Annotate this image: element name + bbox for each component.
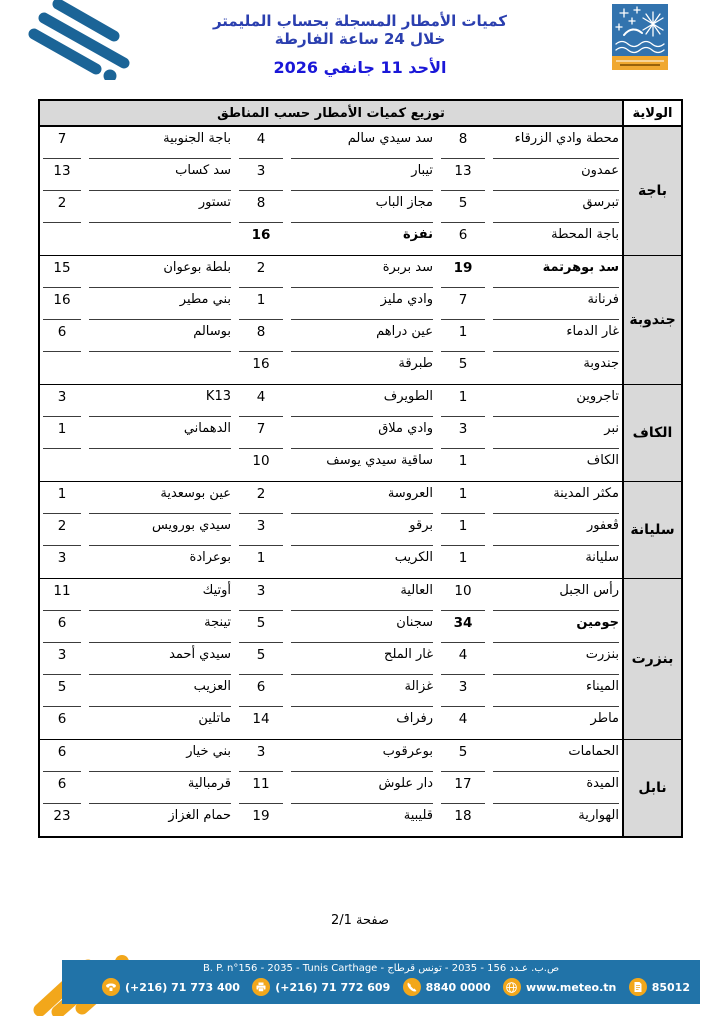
station-value-cell: 19 <box>441 256 485 288</box>
logo-orange-band <box>612 56 668 70</box>
station-value-cell: 3 <box>239 579 283 611</box>
station-name-cell: مكثر المدينة <box>493 482 619 514</box>
station-name-cell: الكاف <box>493 449 619 481</box>
contact-text: www.meteo.tn <box>526 981 616 994</box>
station-name-cell: قليبية <box>291 804 433 836</box>
footer-address-ar: ص.ب. عـدد 156 - 2035 - تونس قرطاج <box>387 963 559 974</box>
station-value-cell: 1 <box>441 449 485 481</box>
station-value-cell: 1 <box>441 546 485 578</box>
station-value-cell <box>43 223 81 255</box>
contact-text: 8840 0000 <box>426 981 491 994</box>
station-value-cell <box>43 352 81 384</box>
table-row: جومين34سجنان5تينجة6 <box>40 611 622 643</box>
station-value-cell: 6 <box>43 707 81 739</box>
station-value-cell: 15 <box>43 256 81 288</box>
document-icon <box>629 978 647 996</box>
table-header-regions: توزيع كميات الأمطار حسب المناطق <box>40 101 622 125</box>
wilaya-block: جندوبةسد بوهرتمة19سد بربرة2بلطة بوعوان15… <box>40 256 681 385</box>
station-value-cell: 2 <box>43 191 81 223</box>
contact-item: 8840 0000 <box>403 978 491 996</box>
table-row: باجة المحطة6نفزة16 <box>40 223 622 255</box>
station-value-cell: 10 <box>239 449 283 481</box>
station-value-cell: 14 <box>239 707 283 739</box>
station-name-cell: رفراف <box>291 707 433 739</box>
station-name-cell: وادي مليز <box>291 288 433 320</box>
station-name-cell: العالية <box>291 579 433 611</box>
footer-address: B. P. n°156 - 2035 - Tunis Carthage - ص.… <box>72 963 690 974</box>
station-value-cell: 2 <box>239 256 283 288</box>
wilaya-cell: بنزرت <box>622 579 681 739</box>
station-value-cell: 11 <box>43 579 81 611</box>
contact-text: 85012 <box>652 981 690 994</box>
station-value-cell: 1 <box>441 320 485 352</box>
table-row: الميدة17دار علوش11قرمبالية6 <box>40 772 622 804</box>
station-value-cell: 1 <box>43 482 81 514</box>
station-name-cell: العروسة <box>291 482 433 514</box>
station-name-cell: الميناء <box>493 675 619 707</box>
station-name-cell: جندوبة <box>493 352 619 384</box>
station-name-cell: برقو <box>291 514 433 546</box>
table-body: باجةمحطة وادي الزرقاء8سد سيدي سالم4باجة … <box>40 127 681 836</box>
station-name-cell: سجنان <box>291 611 433 643</box>
station-name-cell: ڤعفور <box>493 514 619 546</box>
station-name-cell: سد بربرة <box>291 256 433 288</box>
station-value-cell: 3 <box>441 675 485 707</box>
table-row: سد بوهرتمة19سد بربرة2بلطة بوعوان15 <box>40 256 622 288</box>
wilaya-cell: سليانة <box>622 482 681 578</box>
table-row: محطة وادي الزرقاء8سد سيدي سالم4باجة الجن… <box>40 127 622 159</box>
inm-logo <box>612 4 668 70</box>
station-value-cell: 6 <box>239 675 283 707</box>
table-row: نبر3وادي ملاق7الدهماني1 <box>40 417 622 449</box>
station-value-cell: 11 <box>239 772 283 804</box>
station-value-cell: 8 <box>441 127 485 159</box>
station-value-cell: 34 <box>441 611 485 643</box>
station-value-cell: 7 <box>43 127 81 159</box>
station-value-cell: 4 <box>441 707 485 739</box>
station-value-cell: 6 <box>43 740 81 772</box>
station-value-cell: 7 <box>441 288 485 320</box>
table-row: ڤعفور1برقو3سيدي بورويس2 <box>40 514 622 546</box>
station-name-cell: سد بوهرتمة <box>493 256 619 288</box>
station-value-cell: 8 <box>239 320 283 352</box>
station-name-cell: الهوارية <box>493 804 619 836</box>
station-value-cell: 6 <box>43 320 81 352</box>
station-name-cell: وادي ملاق <box>291 417 433 449</box>
fax-icon <box>252 978 270 996</box>
station-value-cell: 5 <box>441 352 485 384</box>
wilaya-rows: سد بوهرتمة19سد بربرة2بلطة بوعوان15فرنانة… <box>40 256 622 384</box>
station-name-cell: الميدة <box>493 772 619 804</box>
station-name-cell: طبرقة <box>291 352 433 384</box>
table-row: الهوارية18قليبية19حمام الغزاز23 <box>40 804 622 836</box>
station-value-cell: 3 <box>239 159 283 191</box>
footer-bar: B. P. n°156 - 2035 - Tunis Carthage - ص.… <box>62 960 700 1004</box>
station-name-cell: تاجروين <box>493 385 619 417</box>
station-name-cell: دار علوش <box>291 772 433 804</box>
station-name-cell: تبرسق <box>493 191 619 223</box>
contact-item: www.meteo.tn <box>503 978 616 996</box>
station-name-cell: ساقية سيدي يوسف <box>291 449 433 481</box>
wilaya-block: باجةمحطة وادي الزرقاء8سد سيدي سالم4باجة … <box>40 127 681 256</box>
station-name-cell: تينجة <box>89 611 231 643</box>
station-name-cell: سد كساب <box>89 159 231 191</box>
station-name-cell <box>89 223 231 255</box>
station-value-cell: 19 <box>239 804 283 836</box>
wilaya-cell: باجة <box>622 127 681 255</box>
station-value-cell: 13 <box>43 159 81 191</box>
station-value-cell: 1 <box>239 546 283 578</box>
station-name-cell: بوسالم <box>89 320 231 352</box>
wilaya-block: بنزرترأس الجبل10العالية3أوتيك11جومين34سج… <box>40 579 681 740</box>
table-row: جندوبة5طبرقة16 <box>40 352 622 384</box>
station-value-cell: 16 <box>239 352 283 384</box>
station-name-cell: باجة المحطة <box>493 223 619 255</box>
globe-icon <box>503 978 521 996</box>
table-row: رأس الجبل10العالية3أوتيك11 <box>40 579 622 611</box>
station-value-cell: 5 <box>239 643 283 675</box>
wilaya-cell: جندوبة <box>622 256 681 384</box>
station-value-cell: 16 <box>239 223 283 255</box>
station-value-cell: 6 <box>441 223 485 255</box>
station-name-cell: بوعرادة <box>89 546 231 578</box>
station-name-cell: محطة وادي الزرقاء <box>493 127 619 159</box>
station-name-cell: غزالة <box>291 675 433 707</box>
station-value-cell: 3 <box>239 740 283 772</box>
wilaya-rows: الحمامات5بوعرقوب3بني خيار6الميدة17دار عل… <box>40 740 622 836</box>
station-value-cell: 4 <box>239 385 283 417</box>
station-value-cell: 5 <box>239 611 283 643</box>
wilaya-cell: نابل <box>622 740 681 836</box>
station-value-cell: 3 <box>43 385 81 417</box>
station-value-cell: 1 <box>441 482 485 514</box>
station-value-cell: 6 <box>43 611 81 643</box>
station-name-cell: بلطة بوعوان <box>89 256 231 288</box>
station-value-cell: 17 <box>441 772 485 804</box>
contact-item: 85012 <box>629 978 690 996</box>
station-name-cell: الحمامات <box>493 740 619 772</box>
station-name-cell: حمام الغزاز <box>89 804 231 836</box>
contact-item: (+216) 71 773 400 <box>102 978 240 996</box>
table-row: سليانة1الكريب1بوعرادة3 <box>40 546 622 578</box>
station-value-cell: 1 <box>43 417 81 449</box>
station-value-cell: 4 <box>441 643 485 675</box>
station-name-cell: ماطر <box>493 707 619 739</box>
station-name-cell: الكريب <box>291 546 433 578</box>
table-row: تبرسق5مجاز الباب8تستور2 <box>40 191 622 223</box>
station-name-cell: غار الملح <box>291 643 433 675</box>
station-value-cell: 13 <box>441 159 485 191</box>
contact-text: (+216) 71 772 609 <box>275 981 390 994</box>
station-name-cell: رأس الجبل <box>493 579 619 611</box>
station-name-cell: تستور <box>89 191 231 223</box>
station-name-cell: الطويرف <box>291 385 433 417</box>
station-name-cell: عمدون <box>493 159 619 191</box>
station-name-cell: سيدي أحمد <box>89 643 231 675</box>
table-header-row: الولاية توزيع كميات الأمطار حسب المناطق <box>40 101 681 127</box>
station-value-cell: 1 <box>239 288 283 320</box>
table-row: الحمامات5بوعرقوب3بني خيار6 <box>40 740 622 772</box>
station-name-cell: غار الدماء <box>493 320 619 352</box>
station-name-cell: ماتلين <box>89 707 231 739</box>
station-name-cell: باجة الجنوبية <box>89 127 231 159</box>
table-row: الميناء3غزالة6العزيب5 <box>40 675 622 707</box>
table-header-wilaya: الولاية <box>622 101 681 125</box>
station-name-cell: قرمبالية <box>89 772 231 804</box>
station-name-cell: عين بوسعدية <box>89 482 231 514</box>
wilaya-block: نابلالحمامات5بوعرقوب3بني خيار6الميدة17دا… <box>40 740 681 836</box>
page-number: صفحة 2/1 <box>0 913 720 928</box>
station-value-cell: 3 <box>441 417 485 449</box>
station-name-cell: نبر <box>493 417 619 449</box>
station-value-cell: 18 <box>441 804 485 836</box>
station-value-cell: 1 <box>441 514 485 546</box>
station-name-cell: فرنانة <box>493 288 619 320</box>
rainfall-table: الولاية توزيع كميات الأمطار حسب المناطق … <box>38 99 683 838</box>
table-row: تاجروين1الطويرف4K133 <box>40 385 622 417</box>
station-name-cell: عين دراهم <box>291 320 433 352</box>
table-row: ماطر4رفراف14ماتلين6 <box>40 707 622 739</box>
station-name-cell: أوتيك <box>89 579 231 611</box>
wilaya-rows: مكثر المدينة1العروسة2عين بوسعدية1ڤعفور1ب… <box>40 482 622 578</box>
wilaya-rows: رأس الجبل10العالية3أوتيك11جومين34سجنان5ت… <box>40 579 622 739</box>
station-value-cell <box>43 449 81 481</box>
station-value-cell: 2 <box>239 482 283 514</box>
station-value-cell: 1 <box>441 385 485 417</box>
station-name-cell: بني مطير <box>89 288 231 320</box>
page: كميات الأمطار المسجلة بحساب المليمتر خلا… <box>0 0 720 1018</box>
station-value-cell: 3 <box>43 643 81 675</box>
wilaya-rows: تاجروين1الطويرف4K133نبر3وادي ملاق7الدهما… <box>40 385 622 481</box>
station-value-cell: 4 <box>239 127 283 159</box>
station-name-cell: بوعرقوب <box>291 740 433 772</box>
station-value-cell: 2 <box>43 514 81 546</box>
station-value-cell: 5 <box>441 740 485 772</box>
table-row: بنزرت4غار الملح5سيدي أحمد3 <box>40 643 622 675</box>
station-value-cell: 3 <box>43 546 81 578</box>
station-name-cell: نفزة <box>291 223 433 255</box>
station-value-cell: 8 <box>239 191 283 223</box>
wilaya-cell: الكاف <box>622 385 681 481</box>
station-name-cell: العزيب <box>89 675 231 707</box>
station-name-cell: سليانة <box>493 546 619 578</box>
table-row: عمدون13تيبار3سد كساب13 <box>40 159 622 191</box>
station-name-cell: سيدي بورويس <box>89 514 231 546</box>
station-name-cell: مجاز الباب <box>291 191 433 223</box>
station-value-cell: 5 <box>441 191 485 223</box>
phone-icon <box>102 978 120 996</box>
station-name-cell: بني خيار <box>89 740 231 772</box>
contact-text: (+216) 71 773 400 <box>125 981 240 994</box>
station-value-cell: 16 <box>43 288 81 320</box>
footer-contacts: (+216) 71 773 400(+216) 71 772 6098840 0… <box>72 978 690 996</box>
contact-item: (+216) 71 772 609 <box>252 978 390 996</box>
station-name-cell <box>89 449 231 481</box>
handset-icon <box>403 978 421 996</box>
station-name-cell: بنزرت <box>493 643 619 675</box>
station-name-cell: K13 <box>89 385 231 417</box>
station-name-cell <box>89 352 231 384</box>
station-name-cell: تيبار <box>291 159 433 191</box>
station-value-cell: 7 <box>239 417 283 449</box>
wilaya-block: سليانةمكثر المدينة1العروسة2عين بوسعدية1ڤ… <box>40 482 681 579</box>
station-name-cell: سد سيدي سالم <box>291 127 433 159</box>
wilaya-block: الكافتاجروين1الطويرف4K133نبر3وادي ملاق7ا… <box>40 385 681 482</box>
station-value-cell: 6 <box>43 772 81 804</box>
wilaya-rows: محطة وادي الزرقاء8سد سيدي سالم4باجة الجن… <box>40 127 622 255</box>
table-row: مكثر المدينة1العروسة2عين بوسعدية1 <box>40 482 622 514</box>
table-row: غار الدماء1عين دراهم8بوسالم6 <box>40 320 622 352</box>
station-name-cell: جومين <box>493 611 619 643</box>
station-name-cell: الدهماني <box>89 417 231 449</box>
station-value-cell: 3 <box>239 514 283 546</box>
table-row: الكاف1ساقية سيدي يوسف10 <box>40 449 622 481</box>
footer-address-fr: B. P. n°156 - 2035 - Tunis Carthage - <box>203 963 387 974</box>
table-row: فرنانة7وادي مليز1بني مطير16 <box>40 288 622 320</box>
station-value-cell: 23 <box>43 804 81 836</box>
station-value-cell: 5 <box>43 675 81 707</box>
station-value-cell: 10 <box>441 579 485 611</box>
